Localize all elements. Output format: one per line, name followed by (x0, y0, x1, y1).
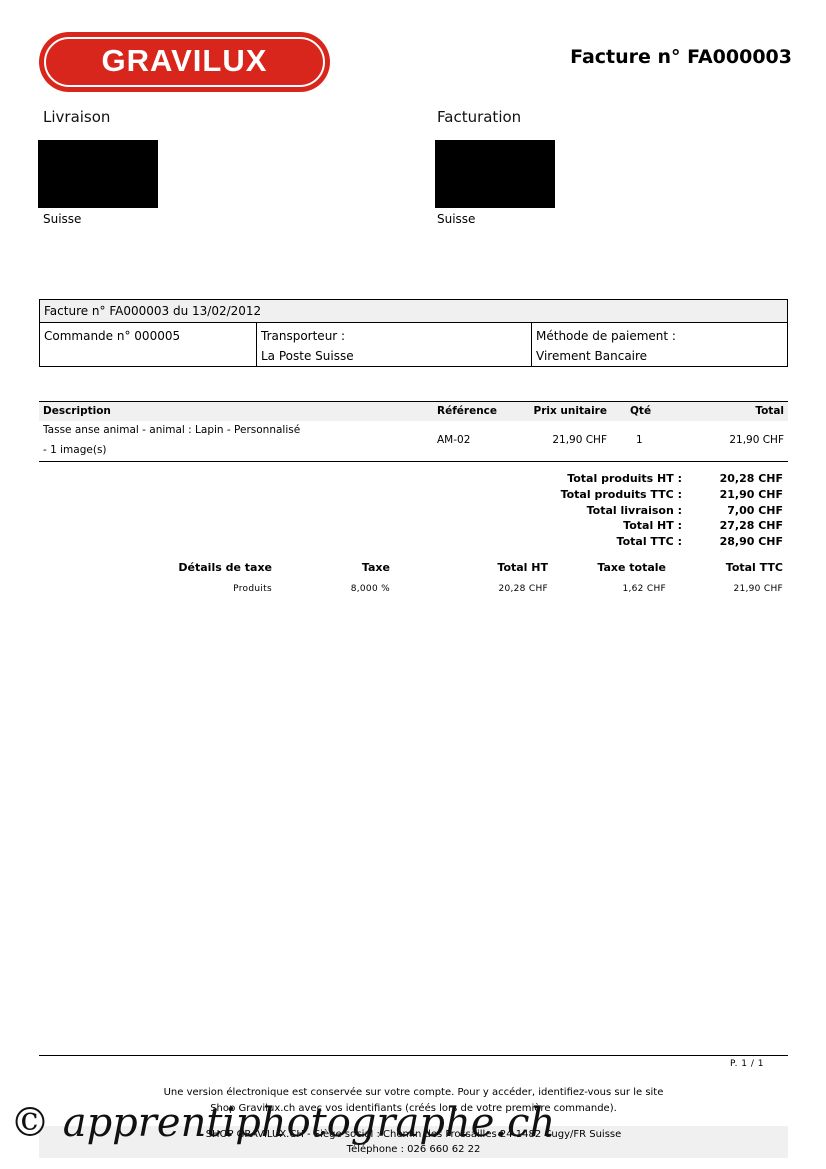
footer-note-line1: Une version électronique est conservée s… (39, 1087, 788, 1098)
table-row: Tasse anse animal - animal : Lapin - Per… (39, 421, 788, 462)
shipping-label: Livraison (43, 108, 110, 126)
tax-row-rate: 8,000 % (351, 584, 390, 594)
total-products-ht-value: 20,28 CHF (693, 472, 783, 485)
payment-cell: Méthode de paiement : Virement Bancaire (532, 323, 787, 366)
tax-row-tax-total: 1,62 CHF (622, 584, 666, 594)
tax-row-total-ht: 20,28 CHF (498, 584, 548, 594)
product-description: Tasse anse animal - animal : Lapin - Per… (43, 424, 300, 436)
tax-total-ht-header: Total HT (497, 561, 548, 574)
total-shipping-label: Total livraison : (482, 504, 682, 517)
invoice-date-header: Facture n° FA000003 du 13/02/2012 (40, 300, 787, 323)
product-unit-price: 21,90 CHF (552, 434, 607, 446)
shipping-address-redacted (38, 140, 158, 208)
total-ttc-label: Total TTC : (482, 535, 682, 548)
payment-label: Méthode de paiement : (536, 326, 783, 346)
billing-label: Facturation (437, 108, 521, 126)
col-qty: Qté (630, 402, 651, 421)
invoice-info-table: Facture n° FA000003 du 13/02/2012 Comman… (39, 299, 788, 367)
products-header: Description Référence Prix unitaire Qté … (39, 401, 788, 421)
copyright-watermark: © apprentiphotographe.ch (10, 1100, 555, 1146)
logo-text: GRAVILUX (39, 43, 330, 79)
tax-details-header: Détails de taxe (178, 561, 272, 574)
product-reference: AM-02 (437, 434, 470, 446)
tax-rate-header: Taxe (362, 561, 390, 574)
col-description: Description (43, 402, 111, 421)
total-ht-label: Total HT : (482, 519, 682, 532)
tax-row-details: Produits (233, 584, 272, 594)
tax-total-ttc-header: Total TTC (726, 561, 783, 574)
order-number: Commande n° 000005 (40, 323, 257, 366)
carrier-value: La Poste Suisse (261, 346, 527, 366)
total-products-ttc-label: Total produits TTC : (482, 488, 682, 501)
product-qty: 1 (636, 434, 643, 446)
total-products-ht-label: Total produits HT : (482, 472, 682, 485)
product-total: 21,90 CHF (729, 434, 784, 446)
product-description-extra: - 1 image(s) (43, 444, 107, 456)
total-products-ttc-value: 21,90 CHF (693, 488, 783, 501)
col-unit-price: Prix unitaire (534, 402, 607, 421)
page-number: P. 1 / 1 (730, 1059, 764, 1069)
shipping-country: Suisse (43, 212, 81, 226)
total-ht-value: 27,28 CHF (693, 519, 783, 532)
products-table: Description Référence Prix unitaire Qté … (39, 401, 788, 462)
total-ttc-value: 28,90 CHF (693, 535, 783, 548)
billing-country: Suisse (437, 212, 475, 226)
gravilux-logo: GRAVILUX (39, 32, 330, 92)
payment-value: Virement Bancaire (536, 346, 783, 366)
billing-address-redacted (435, 140, 555, 208)
col-reference: Référence (437, 402, 497, 421)
col-total: Total (755, 402, 784, 421)
footer-divider (39, 1055, 788, 1056)
tax-row-total-ttc: 21,90 CHF (733, 584, 783, 594)
carrier-cell: Transporteur : La Poste Suisse (257, 323, 532, 366)
invoice-title: Facture n° FA000003 (570, 46, 792, 68)
total-shipping-value: 7,00 CHF (693, 504, 783, 517)
tax-total-header: Taxe totale (597, 561, 666, 574)
carrier-label: Transporteur : (261, 326, 527, 346)
